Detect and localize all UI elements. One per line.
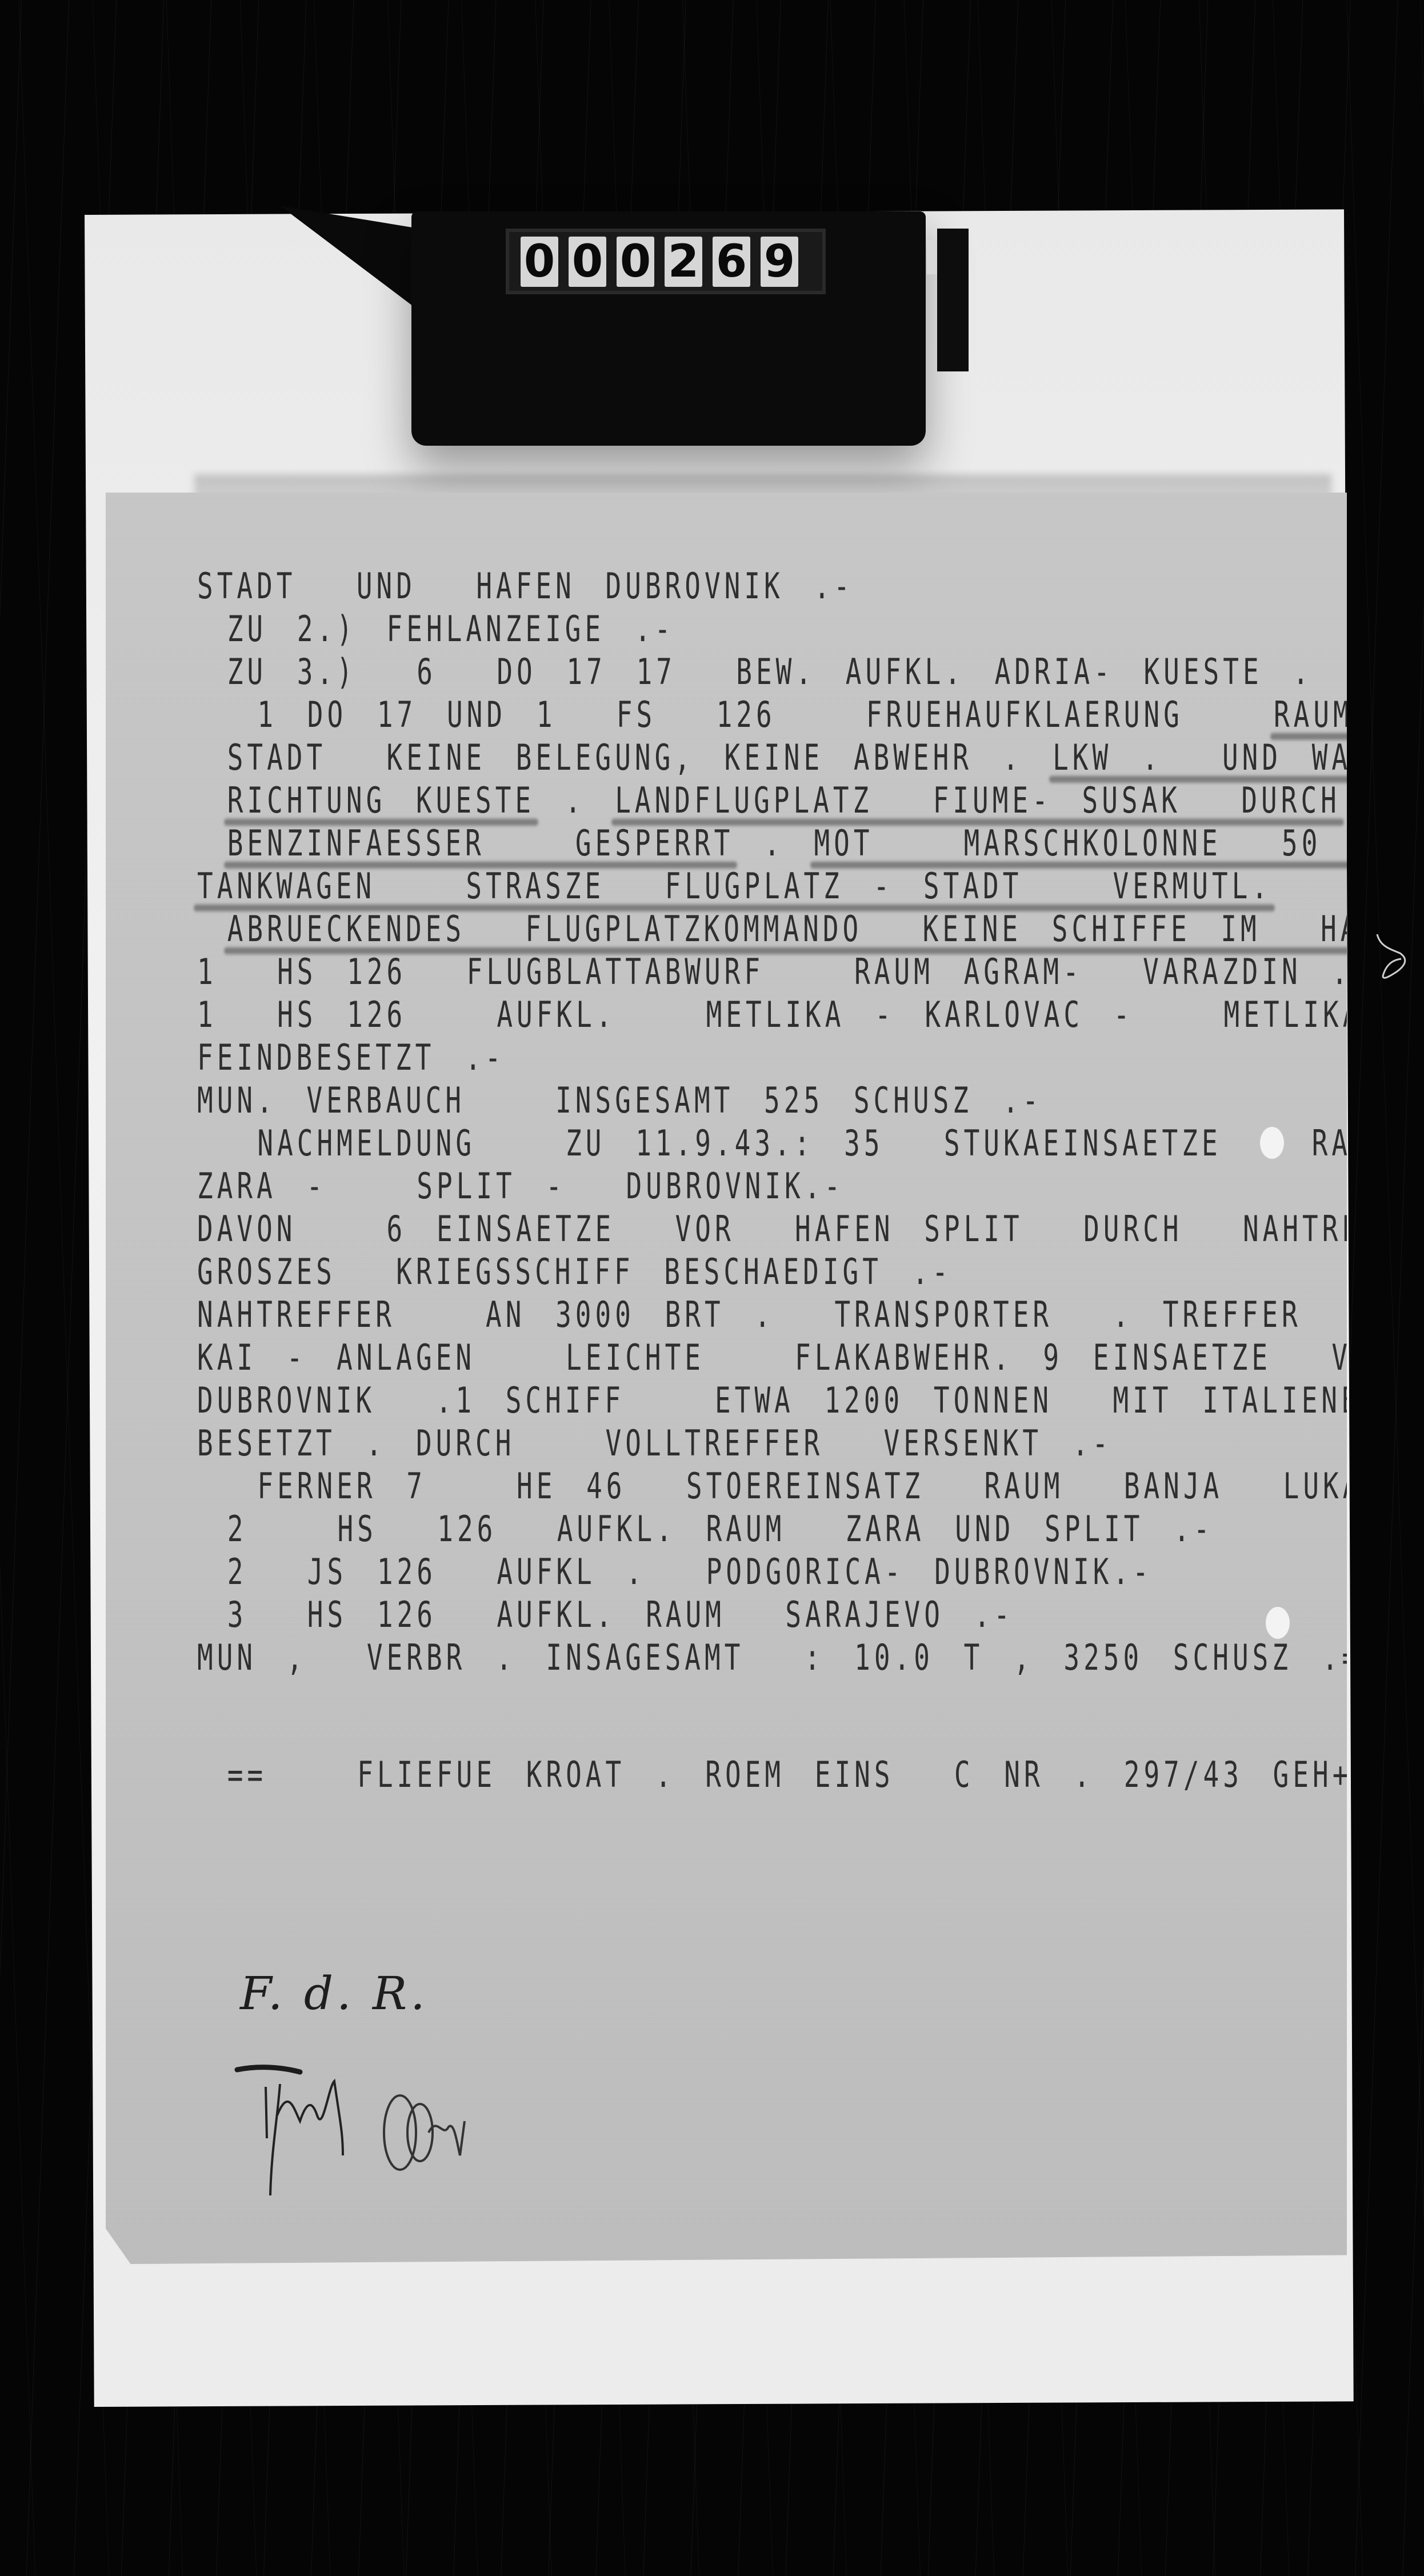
line-text: MUN. VERBAUCH INSGESAMT 525 SCHUSZ .- bbox=[197, 1079, 1042, 1121]
line-text: DUBROVNIK .1 SCHIFF ETWA 1200 TONNEN MIT… bbox=[197, 1379, 1401, 1421]
line-text: == FLIEFUE KROAT . ROEM EINS C NR . 297/… bbox=[197, 1754, 1352, 1795]
line-text: ZARA - SPLIT - DUBROVNIK.- bbox=[197, 1165, 844, 1207]
line-text: 2 JS 126 AUFKL . PODGORICA- DUBROVNIK.- bbox=[197, 1551, 1153, 1593]
line-text bbox=[197, 908, 227, 950]
underlined-text: ABRUECKENDES FLUGPLATZKOMMANDO KEINE SCH… bbox=[227, 908, 1420, 950]
line-text: 1 DO 17 UND 1 FS 126 FRUEHAUFKLAERUNG bbox=[197, 694, 1274, 735]
telegram-line: == FLIEFUE KROAT . ROEM EINS C NR . 297/… bbox=[197, 1754, 1340, 1811]
line-text: NAHTREFFER AN 3000 BRT . TRANSPORTER . T… bbox=[197, 1294, 1302, 1335]
line-text: ZU 3.) 6 DO 17 17 BEW. AUFKL. ADRIA- KUE… bbox=[197, 651, 1313, 693]
film-hair-artifact bbox=[1366, 931, 1411, 989]
counter-digit: 9 bbox=[761, 237, 798, 287]
line-text: DUBROVNIK bbox=[606, 565, 784, 607]
line-text bbox=[197, 779, 227, 821]
line-text: .- bbox=[1420, 908, 1424, 950]
counter-digit: 0 bbox=[521, 237, 558, 287]
counter-body: 000269 bbox=[411, 211, 926, 446]
counter-knob bbox=[937, 229, 969, 371]
underlined-text: LANDFLUGPLATZ FIUME- SUSAK DURCH bbox=[615, 779, 1341, 821]
line-text: 2 HS 126 AUFKL. RAUM ZARA UND SPLIT .- bbox=[197, 1508, 1214, 1550]
line-text: . bbox=[734, 822, 814, 864]
line-text: 1 HS 126 AUFKL. METLIKA - KARLOVAC - MET… bbox=[197, 994, 1362, 1035]
line-text: MUN , VERBR . INSAGESAMT : 10.0 T , 3250… bbox=[197, 1637, 1382, 1678]
punch-hole bbox=[1266, 1607, 1290, 1639]
counter-digit: 6 bbox=[713, 237, 750, 287]
line-text: STADT KEINE BELEGUNG, KEINE ABWEHR . bbox=[197, 737, 1053, 778]
underlined-text: TANKWAGEN STRASZE FLUGPLATZ - STADT VERM… bbox=[197, 865, 1271, 907]
telegram-sheet: STADT UND HAFEN DUBROVNIK .- ZU 2.) FEHL… bbox=[106, 493, 1347, 2264]
line-text: . bbox=[535, 779, 615, 821]
line-text: FERNER 7 HE 46 STOEREINSATZ RAUM BANJA L… bbox=[197, 1465, 1424, 1507]
line-text: MIT bbox=[1411, 822, 1424, 864]
signature-icon bbox=[226, 2053, 523, 2201]
line-text: NACHMELDUNG ZU 11.9.43.: 35 STUKAEINSAET… bbox=[197, 1122, 1391, 1164]
counter-digit: 0 bbox=[617, 237, 654, 287]
handwritten-fdr-note: F. d. R. bbox=[240, 1967, 429, 2020]
line-text: 3 HS 126 AUFKL. RAUM SARAJEVO .- bbox=[197, 1594, 1014, 1635]
line-text: KAI - ANLAGEN LEICHTE FLAKABWEHR. 9 EINS… bbox=[197, 1337, 1391, 1378]
frame-counter-display: 000269 bbox=[506, 229, 826, 294]
line-text: .- bbox=[784, 565, 854, 607]
underlined-text: RICHTUNG KUESTE bbox=[227, 779, 535, 821]
line-text: GROSZES KRIEGSSCHIFF BESCHAEDIGT .- bbox=[197, 1251, 952, 1293]
counter-digit: 0 bbox=[569, 237, 606, 287]
line-text: ZU 2.) FEHLANZEIGE .- bbox=[197, 608, 674, 650]
counter-digit: 2 bbox=[665, 237, 702, 287]
line-text: FEINDBESETZT .- bbox=[197, 1037, 505, 1078]
underlined-text: RAUM FIUME bbox=[1274, 694, 1424, 735]
underlined-text: BENZINFAESSER GESPERRT bbox=[227, 822, 734, 864]
line-text: BESETZT . DURCH VOLLTREFFER VERSENKT .- bbox=[197, 1422, 1112, 1464]
punch-hole bbox=[1260, 1127, 1284, 1159]
frame-counter-device: 000269 bbox=[411, 171, 937, 446]
underlined-text: MOT MARSCHKOLONNE 50 LKW bbox=[814, 822, 1411, 864]
underlined-text: LKW . UND WAGENKOLONNE bbox=[1053, 737, 1424, 778]
line-text: STADT UND HAFEN bbox=[197, 565, 606, 607]
line-text: 1 HS 126 FLUGBLATTABWURF RAUM AGRAM- VAR… bbox=[197, 951, 1371, 993]
line-text bbox=[197, 822, 227, 864]
telegram-body: STADT UND HAFEN DUBROVNIK .- ZU 2.) FEHL… bbox=[197, 573, 1340, 1804]
line-text: DAVON 6 EINSAETZE VOR HAFEN SPLIT DURCH … bbox=[197, 1208, 1424, 1250]
